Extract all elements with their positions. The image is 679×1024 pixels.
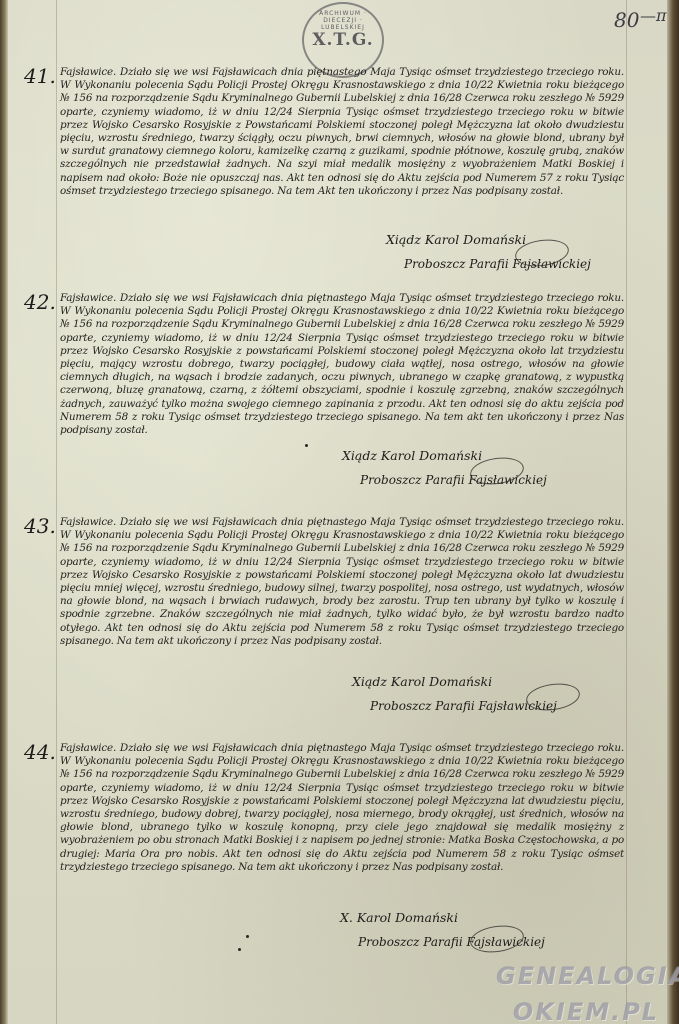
entry-text: Fajsławice. Działo się we wsi Fajsławica… — [60, 742, 624, 874]
page-number: 80 — [614, 8, 639, 32]
register-entry: 42. Fajsławice. Działo się we wsi Fajsła… — [24, 290, 624, 440]
entry-number: 42. — [24, 290, 56, 314]
register-entry: 43. Fajsławice. Działo się we wsi Fajsła… — [24, 514, 624, 664]
signature-block: Xiądz Karol Domański Proboszcz Parafii F… — [352, 674, 557, 713]
watermark-line1: GENEALOGIA — [496, 958, 676, 994]
signature-name: Xiądz Karol Domański — [352, 674, 557, 689]
entry-text: Fajsławice. Działo się we wsi Fajsławica… — [60, 516, 624, 648]
entry-text: Fajsławice. Działo się we wsi Fajsławica… — [60, 292, 624, 437]
entry-number: 43. — [24, 514, 56, 538]
stamp-center-text: X.T.G. — [312, 30, 373, 50]
entry-number: 41. — [24, 64, 56, 88]
page-number-mark: —π — [640, 6, 667, 25]
stamp-ring-text: ARCHIWUM · DIECEZJI · LUBELSKIEJ — [304, 10, 382, 31]
entry-number: 44. — [24, 740, 56, 764]
binding-left-edge — [0, 0, 8, 1024]
signature-title: Proboszcz Parafii Fajsławickiej — [404, 257, 591, 271]
ink-spot — [305, 444, 308, 447]
register-page: ARCHIWUM · DIECEZJI · LUBELSKIEJ X.T.G. … — [0, 0, 679, 1024]
right-margin-rule — [626, 0, 627, 1024]
ink-spot — [238, 948, 241, 951]
register-entry: 41. Fajsławice. Działo się we wsi Fajsła… — [24, 64, 624, 214]
binding-right-edge — [667, 0, 679, 1024]
ink-spot — [246, 935, 249, 938]
signature-name: X. Karol Domański — [340, 910, 545, 925]
site-watermark: GENEALOGIA OKIEM.PL — [496, 958, 676, 1024]
register-entry: 44. Fajsławice. Działo się we wsi Fajsła… — [24, 740, 624, 890]
watermark-line2: OKIEM.PL — [496, 994, 676, 1024]
entry-text: Fajsławice. Działo się we wsi Fajsławica… — [60, 66, 624, 198]
